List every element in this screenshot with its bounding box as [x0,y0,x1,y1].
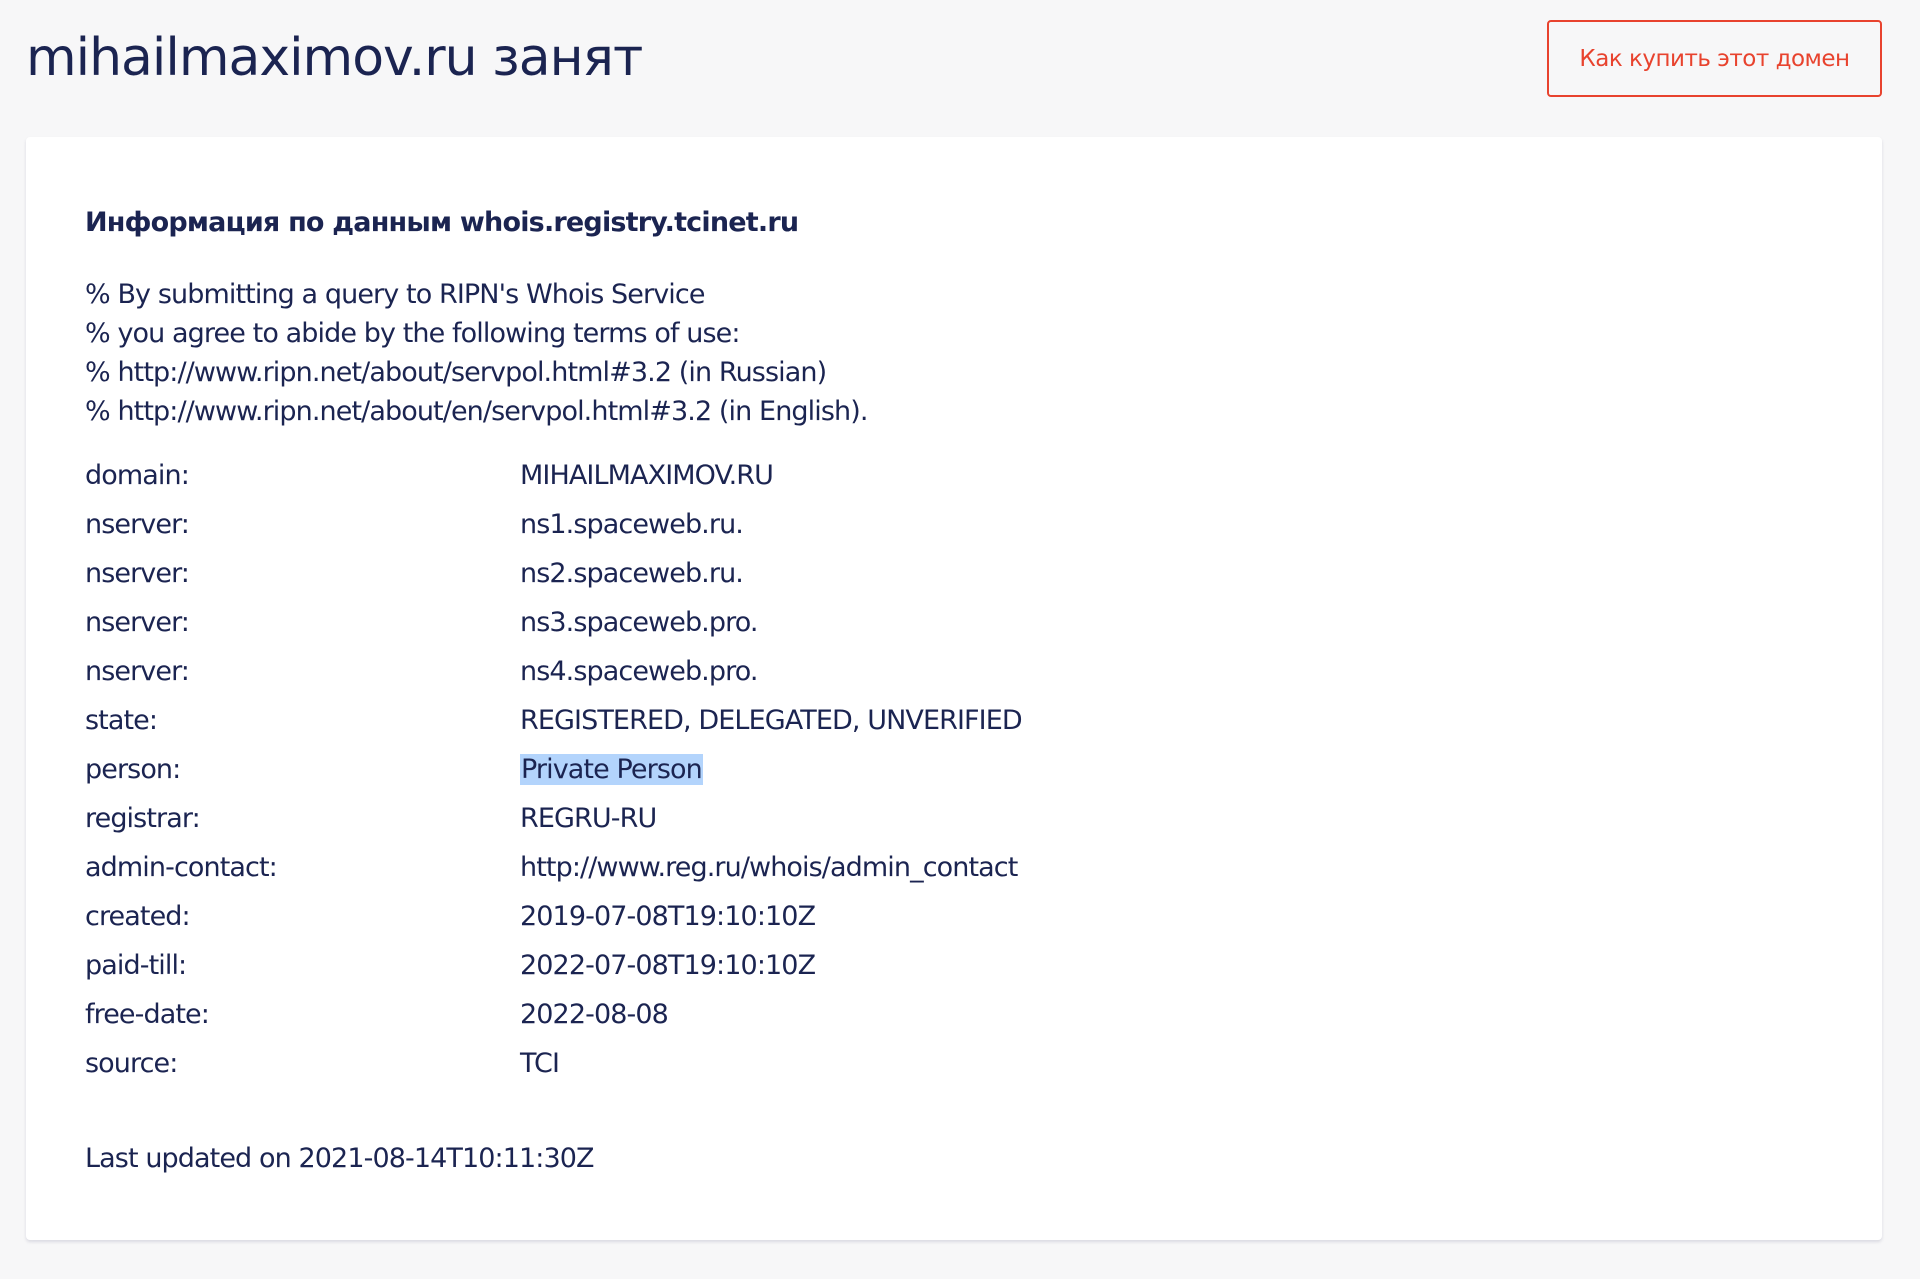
whois-row-nserver: nserver: ns3.spaceweb.pro. [85,598,1022,647]
whois-row-free-date: free-date: 2022-08-08 [85,990,1022,1039]
whois-key: paid-till: [85,950,520,981]
whois-key: nserver: [85,509,520,540]
whois-key: domain: [85,460,520,491]
whois-row-registrar: registrar: REGRU-RU [85,794,1022,843]
whois-row-domain: domain: MIHAILMAXIMOV.RU [85,451,1022,500]
whois-value: REGISTERED, DELEGATED, UNVERIFIED [520,705,1022,736]
whois-row-person: person: Private Person [85,745,1022,794]
whois-key: nserver: [85,558,520,589]
notice-line: % http://www.ripn.net/about/en/servpol.h… [85,392,868,431]
whois-terms-notice: % By submitting a query to RIPN's Whois … [85,275,868,431]
notice-line: % http://www.ripn.net/about/servpol.html… [85,353,868,392]
whois-value: ns2.spaceweb.ru. [520,558,743,589]
whois-row-nserver: nserver: ns2.spaceweb.ru. [85,549,1022,598]
whois-key: nserver: [85,607,520,638]
whois-value-selected[interactable]: Private Person [520,754,703,785]
whois-value: 2022-08-08 [520,999,668,1030]
whois-row-nserver: nserver: ns4.spaceweb.pro. [85,647,1022,696]
whois-row-nserver: nserver: ns1.spaceweb.ru. [85,500,1022,549]
last-updated-text: Last updated on 2021-08-14T10:11:30Z [85,1143,594,1174]
whois-row-source: source: TCI [85,1039,1022,1088]
whois-key: state: [85,705,520,736]
whois-row-admin-contact: admin-contact: http://www.reg.ru/whois/a… [85,843,1022,892]
whois-key: person: [85,754,520,785]
whois-value: 2019-07-08T19:10:10Z [520,901,815,932]
whois-value: ns4.spaceweb.pro. [520,656,758,687]
whois-row-state: state: REGISTERED, DELEGATED, UNVERIFIED [85,696,1022,745]
page-title: mihailmaximov.ru занят [26,22,642,94]
how-to-buy-domain-button[interactable]: Как купить этот домен [1547,20,1882,97]
whois-source-heading: Информация по данным whois.registry.tcin… [85,207,798,238]
whois-key: free-date: [85,999,520,1030]
whois-key: source: [85,1048,520,1079]
whois-key: created: [85,901,520,932]
whois-record-table: domain: MIHAILMAXIMOV.RU nserver: ns1.sp… [85,451,1022,1088]
notice-line: % By submitting a query to RIPN's Whois … [85,275,868,314]
whois-info-card: Информация по данным whois.registry.tcin… [26,137,1882,1240]
whois-key: nserver: [85,656,520,687]
whois-value: 2022-07-08T19:10:10Z [520,950,815,981]
notice-line: % you agree to abide by the following te… [85,314,868,353]
whois-value: http://www.reg.ru/whois/admin_contact [520,852,1017,883]
whois-row-paid-till: paid-till: 2022-07-08T19:10:10Z [85,941,1022,990]
whois-row-created: created: 2019-07-08T19:10:10Z [85,892,1022,941]
whois-value: ns3.spaceweb.pro. [520,607,758,638]
whois-value: REGRU-RU [520,803,656,834]
whois-key: admin-contact: [85,852,520,883]
whois-value: MIHAILMAXIMOV.RU [520,460,773,491]
whois-value: TCI [520,1048,559,1079]
whois-value: ns1.spaceweb.ru. [520,509,743,540]
whois-key: registrar: [85,803,520,834]
